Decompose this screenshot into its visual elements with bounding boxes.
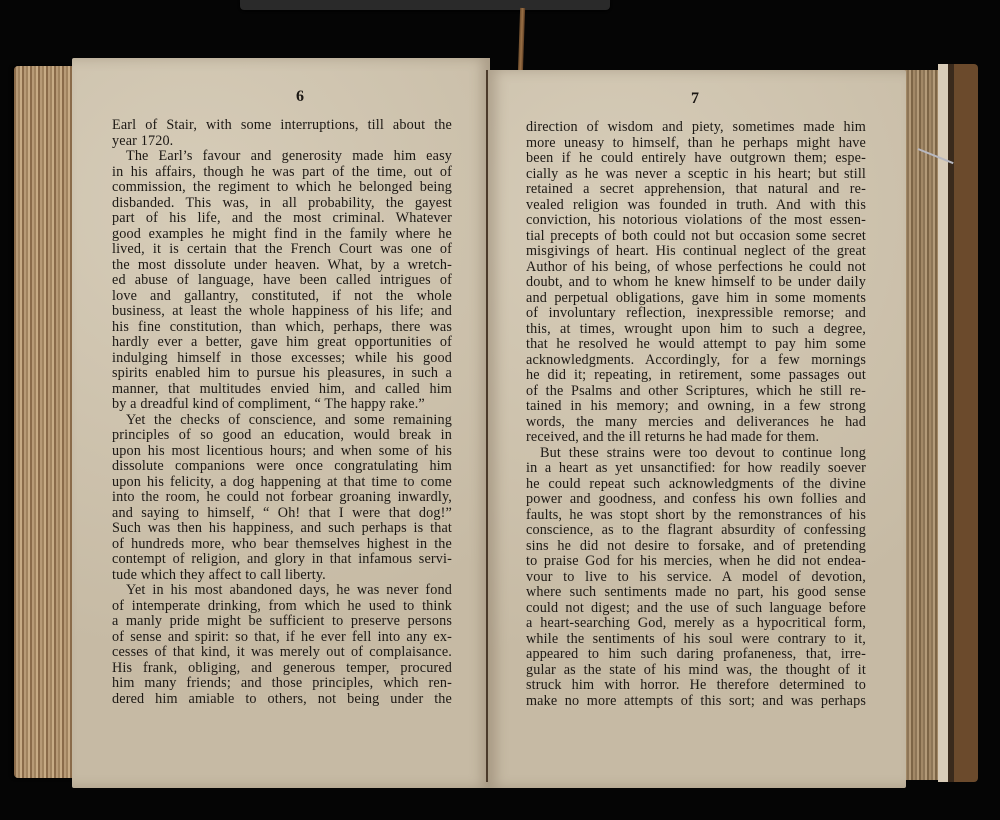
text-line: dered him amiable to others, not being u… [112,692,452,708]
text-line: vour to live to his service. A model of … [526,570,866,586]
text-line: received, and the ill returns he had mad… [526,430,866,446]
left-page: 6 Earl of Stair, with some interruptions… [72,58,490,788]
text-line: tained in his memory; and owning, in a f… [526,399,866,415]
text-line: power and goodness, and confess his own … [526,492,866,508]
text-line: love and gallantry, constituted, if not … [112,289,452,305]
text-line: appeared to him such daring profaneness,… [526,647,866,663]
text-line: misgivings of heart. His continual negle… [526,244,866,260]
text-line: upon his felicity, a dog happening at th… [112,475,452,491]
text-line: make no more attempts of this sort; and … [526,694,866,710]
text-line: of the Psalms and other Scriptures, whic… [526,384,866,400]
text-line: upon his most licentious hours; and when… [112,444,452,460]
text-line: commission, the regiment to which he bel… [112,180,452,196]
text-line: acknowledgments. Accordingly, for a few … [526,353,866,369]
text-line: he could repeat such acknowledgments of … [526,477,866,493]
text-line: manner, that multitudes envied him, and … [112,382,452,398]
text-line: him many friends; and those principles, … [112,676,452,692]
text-line: Such was then his happiness, and such pe… [112,521,452,537]
text-line: conviction, his notorious violations of … [526,213,866,229]
text-line: a manly pride might be sufficient to pre… [112,614,452,630]
text-line: contempt of religion, and glory in that … [112,552,452,568]
text-line: cesses of that kind, it was merely out o… [112,645,452,661]
text-line: But these strains were too devout to con… [526,446,866,462]
text-line: struck him with horror. He therefore det… [526,678,866,694]
text-line: while the sentiments of his soul were co… [526,632,866,648]
open-book: 6 Earl of Stair, with some interruptions… [0,0,1000,820]
page-number: 6 [280,88,320,106]
text-line: cially as he was never a sceptic in his … [526,167,866,183]
text-line: of involuntary reflection, inexpressible… [526,306,866,322]
text-line: year 1720. [112,134,452,150]
text-line: lived, it is certain that the French Cou… [112,242,452,258]
book-cover-right [938,64,978,782]
text-line: hardly ever a better, gave him great opp… [112,335,452,351]
text-line: good examples he might find in the famil… [112,227,452,243]
page-number: 7 [675,90,715,108]
page-text: Earl of Stair, with some interruptions, … [112,118,452,707]
text-line: his fine constitution, than which, perha… [112,320,452,336]
text-line: this, at times, wrought upon him to such… [526,322,866,338]
text-line: part of his life, and the most criminal.… [112,211,452,227]
text-line: The Earl’s favour and generosity made hi… [112,149,452,165]
text-line: a heart-searching God, merely as a hypoc… [526,616,866,632]
text-line: Earl of Stair, with some interruptions, … [112,118,452,134]
left-page-edges [14,66,78,778]
text-line: principles of so good an education, woul… [112,428,452,444]
text-line: and saying to himself, “ Oh! that I were… [112,506,452,522]
text-line: direction of wisdom and piety, sometimes… [526,120,866,136]
text-line: Yet in his most abandoned days, he was n… [112,583,452,599]
text-line: disbanded. This was, in all probability,… [112,196,452,212]
text-line: in a heart as yet unsanctified: for how … [526,461,866,477]
text-line: of hundreds more, who bear themselves hi… [112,537,452,553]
book-strap [240,0,610,10]
text-line: by a dreadful kind of compliment, “ The … [112,397,452,413]
text-line: he did it; repeating, in retirement, som… [526,368,866,384]
text-line: been if he could entirely have outgrown … [526,151,866,167]
page-text: direction of wisdom and piety, sometimes… [526,120,866,709]
text-line: spirits enabled him to pursue his pleasu… [112,366,452,382]
text-line: faults, he was stopt short by the remons… [526,508,866,524]
text-line: His frank, obliging, and generous temper… [112,661,452,677]
bookmark-ribbon [518,8,525,74]
text-line: sins he did not desire to forsake, and o… [526,539,866,555]
text-line: into the room, he could not forbear groa… [112,490,452,506]
text-line: Author of his being, of whose perfection… [526,260,866,276]
right-page: 7 direction of wisdom and piety, sometim… [488,70,906,788]
text-line: tial precepts of both could not but occa… [526,229,866,245]
text-line: conscience, as to the flagrant absurdity… [526,523,866,539]
text-line: dissolute companions were once congratul… [112,459,452,475]
text-line: where such sentiments made no part, his … [526,585,866,601]
text-line: words, the many mercies and deliverances… [526,415,866,431]
text-line: indulging himself in those excesses; whi… [112,351,452,367]
text-line: of intemperate drinking, from which he u… [112,599,452,615]
text-line: of sense and spirit: so that, if he ever… [112,630,452,646]
text-line: that he resolved he would attempt to pay… [526,337,866,353]
text-line: could not digest; and the use of such la… [526,601,866,617]
text-line: doubt, and to whom he knew himself to be… [526,275,866,291]
text-line: business, at least the whole happiness o… [112,304,452,320]
text-line: gular as the state of his mind was, the … [526,663,866,679]
text-line: to praise God for his mercies, when he d… [526,554,866,570]
text-line: Yet the checks of conscience, and some r… [112,413,452,429]
text-line: more uneasy to himself, than he perhaps … [526,136,866,152]
text-line: ed abuse of language, have been called i… [112,273,452,289]
text-line: in his affairs, though he was part of th… [112,165,452,181]
text-line: the most dissolute under heaven. What, b… [112,258,452,274]
text-line: vealed religion was founded in truth. An… [526,198,866,214]
text-line: tude which they affect to call liberty. [112,568,452,584]
text-line: and perpetual obligations, gave him in s… [526,291,866,307]
text-line: retained a secret apprehension, that nat… [526,182,866,198]
right-page-edges [903,70,941,780]
